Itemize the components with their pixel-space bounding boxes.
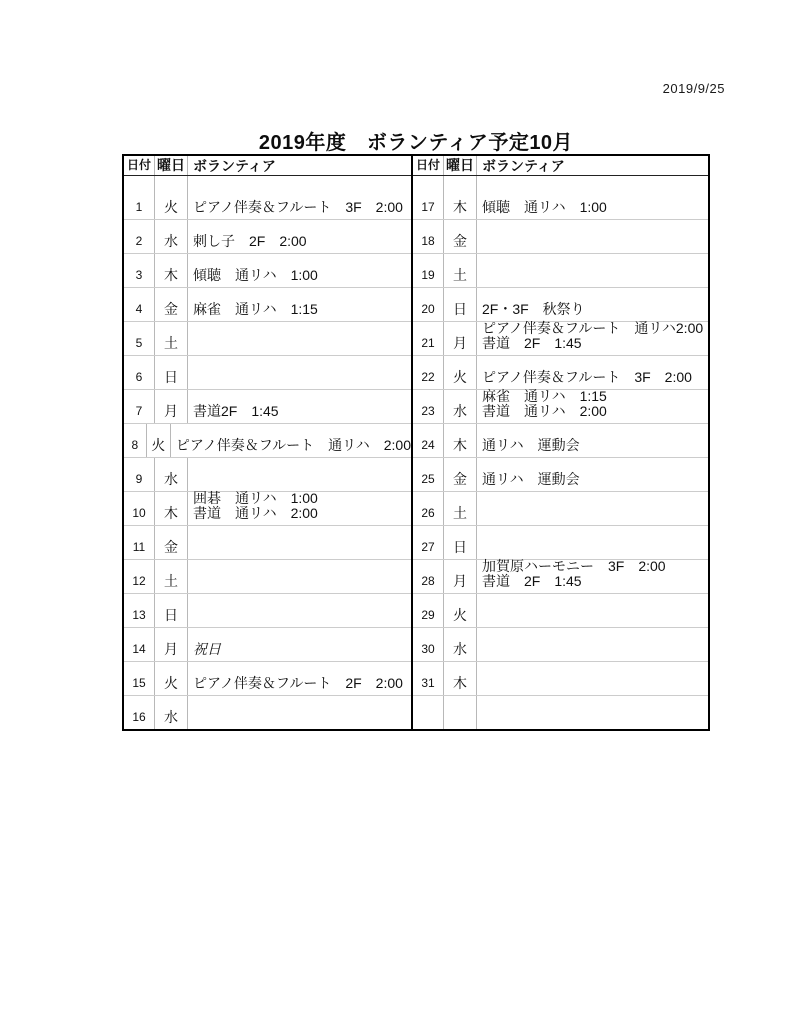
table-row: 4金麻雀 通リハ 1:15 bbox=[124, 287, 411, 321]
activity-cell: ピアノ伴奏＆フルート 通リハ 2:00 bbox=[171, 424, 411, 457]
activity-cell bbox=[188, 322, 411, 355]
activity-line: 書道 通リハ 2:00 bbox=[482, 404, 607, 419]
date-cell: 3 bbox=[124, 254, 155, 287]
table-row: 7月書道2F 1:45 bbox=[124, 389, 411, 423]
date-cell: 25 bbox=[413, 458, 444, 491]
activity-cell bbox=[477, 526, 708, 559]
date-cell: 10 bbox=[124, 492, 155, 525]
date-cell: 24 bbox=[413, 424, 444, 457]
activity-cell bbox=[188, 526, 411, 559]
table-row: 29火 bbox=[413, 593, 708, 627]
table-row: 8火ピアノ伴奏＆フルート 通リハ 2:00 bbox=[124, 423, 411, 457]
day-cell: 木 bbox=[444, 176, 477, 219]
table-row: 27日 bbox=[413, 525, 708, 559]
activity-line: ピアノ伴奏＆フルート 3F 2:00 bbox=[482, 370, 692, 385]
table-header-row: 日付 曜日 ボランティア bbox=[124, 156, 411, 176]
activity-cell: ピアノ伴奏＆フルート 2F 2:00 bbox=[188, 662, 411, 695]
activity-line: 麻雀 通リハ 1:15 bbox=[193, 302, 318, 317]
activity-cell: 麻雀 通リハ 1:15書道 通リハ 2:00 bbox=[477, 390, 708, 423]
activity-line: 書道 通リハ 2:00 bbox=[193, 506, 318, 521]
table-row: 12土 bbox=[124, 559, 411, 593]
activity-line: 傾聴 通リハ 1:00 bbox=[193, 268, 318, 283]
header-date: 日付 bbox=[413, 156, 444, 175]
table-row: 21月ピアノ伴奏＆フルート 通リハ2:00書道 2F 1:45 bbox=[413, 321, 708, 355]
table-row: 1火ピアノ伴奏＆フルート 3F 2:00 bbox=[124, 176, 411, 219]
table-header-row: 日付 曜日 ボランティア bbox=[413, 156, 708, 176]
activity-cell bbox=[477, 696, 708, 729]
activity-cell bbox=[188, 696, 411, 729]
table-row: 28月加賀原ハーモニー 3F 2:00書道 2F 1:45 bbox=[413, 559, 708, 593]
activity-line: ピアノ伴奏＆フルート 通リハ 2:00 bbox=[176, 438, 411, 453]
header-volunteer: ボランティア bbox=[188, 156, 411, 175]
date-cell: 15 bbox=[124, 662, 155, 695]
date-cell: 8 bbox=[124, 424, 147, 457]
table-row: 6日 bbox=[124, 355, 411, 389]
activity-cell: 傾聴 通リハ 1:00 bbox=[188, 254, 411, 287]
activity-line: 祝日 bbox=[193, 642, 221, 657]
table-row: 11金 bbox=[124, 525, 411, 559]
day-cell: 火 bbox=[155, 176, 188, 219]
day-cell: 月 bbox=[444, 322, 477, 355]
header-day: 曜日 bbox=[155, 156, 188, 175]
table-row: 24木通リハ 運動会 bbox=[413, 423, 708, 457]
date-cell: 13 bbox=[124, 594, 155, 627]
day-cell: 水 bbox=[155, 696, 188, 729]
day-cell: 火 bbox=[147, 424, 171, 457]
header-day: 曜日 bbox=[444, 156, 477, 175]
table-rows-right: 17木傾聴 通リハ 1:0018金19土20日2F・3F 秋祭り21月ピアノ伴奏… bbox=[413, 176, 708, 729]
date-cell: 14 bbox=[124, 628, 155, 661]
document-page: 2019/9/25 2019年度 ボランティア予定10月 日付 曜日 ボランティ… bbox=[0, 0, 791, 1024]
activity-cell: 通リハ 運動会 bbox=[477, 458, 708, 491]
table-row: 13日 bbox=[124, 593, 411, 627]
print-date: 2019/9/25 bbox=[663, 81, 725, 96]
day-cell: 日 bbox=[444, 526, 477, 559]
activity-line: ピアノ伴奏＆フルート 3F 2:00 bbox=[193, 200, 403, 215]
day-cell: 木 bbox=[444, 662, 477, 695]
date-cell: 30 bbox=[413, 628, 444, 661]
activity-line: 書道2F 1:45 bbox=[193, 404, 279, 419]
date-cell: 9 bbox=[124, 458, 155, 491]
day-cell: 土 bbox=[444, 492, 477, 525]
activity-cell bbox=[477, 492, 708, 525]
day-cell: 土 bbox=[155, 322, 188, 355]
table-row: 16水 bbox=[124, 695, 411, 729]
date-cell: 2 bbox=[124, 220, 155, 253]
table-left-half: 日付 曜日 ボランティア 1火ピアノ伴奏＆フルート 3F 2:002水刺し子 2… bbox=[124, 156, 413, 729]
day-cell: 火 bbox=[444, 594, 477, 627]
table-row: 18金 bbox=[413, 219, 708, 253]
date-cell: 27 bbox=[413, 526, 444, 559]
date-cell: 28 bbox=[413, 560, 444, 593]
table-row: 30水 bbox=[413, 627, 708, 661]
header-date: 日付 bbox=[124, 156, 155, 175]
table-row: 10木囲碁 通リハ 1:00書道 通リハ 2:00 bbox=[124, 491, 411, 525]
date-cell: 20 bbox=[413, 288, 444, 321]
activity-cell: 傾聴 通リハ 1:00 bbox=[477, 176, 708, 219]
table-row: 17木傾聴 通リハ 1:00 bbox=[413, 176, 708, 219]
table-row: 31木 bbox=[413, 661, 708, 695]
date-cell: 11 bbox=[124, 526, 155, 559]
date-cell: 23 bbox=[413, 390, 444, 423]
activity-line: 通リハ 運動会 bbox=[482, 438, 580, 453]
day-cell: 金 bbox=[444, 458, 477, 491]
date-cell: 1 bbox=[124, 176, 155, 219]
date-cell: 26 bbox=[413, 492, 444, 525]
activity-cell bbox=[188, 560, 411, 593]
date-cell: 18 bbox=[413, 220, 444, 253]
activity-cell bbox=[477, 594, 708, 627]
day-cell: 水 bbox=[444, 390, 477, 423]
activity-line: 書道 2F 1:45 bbox=[482, 574, 582, 589]
activity-cell bbox=[477, 220, 708, 253]
activity-cell: 通リハ 運動会 bbox=[477, 424, 708, 457]
day-cell: 水 bbox=[155, 220, 188, 253]
date-cell: 5 bbox=[124, 322, 155, 355]
table-row: 2水刺し子 2F 2:00 bbox=[124, 219, 411, 253]
activity-cell: 祝日 bbox=[188, 628, 411, 661]
day-cell: 月 bbox=[444, 560, 477, 593]
activity-cell bbox=[477, 628, 708, 661]
activity-cell: 麻雀 通リハ 1:15 bbox=[188, 288, 411, 321]
schedule-table: 日付 曜日 ボランティア 1火ピアノ伴奏＆フルート 3F 2:002水刺し子 2… bbox=[122, 154, 710, 731]
activity-line: 2F・3F 秋祭り bbox=[482, 302, 585, 317]
activity-line: 加賀原ハーモニー 3F 2:00 bbox=[482, 559, 666, 574]
table-row: 26土 bbox=[413, 491, 708, 525]
day-cell: 水 bbox=[444, 628, 477, 661]
date-cell: 31 bbox=[413, 662, 444, 695]
table-row: 15火ピアノ伴奏＆フルート 2F 2:00 bbox=[124, 661, 411, 695]
table-right-half: 日付 曜日 ボランティア 17木傾聴 通リハ 1:0018金19土20日2F・3… bbox=[413, 156, 708, 729]
activity-cell: ピアノ伴奏＆フルート 通リハ2:00書道 2F 1:45 bbox=[477, 322, 708, 355]
activity-cell: 囲碁 通リハ 1:00書道 通リハ 2:00 bbox=[188, 492, 411, 525]
activity-cell: 刺し子 2F 2:00 bbox=[188, 220, 411, 253]
day-cell: 金 bbox=[444, 220, 477, 253]
activity-cell: ピアノ伴奏＆フルート 3F 2:00 bbox=[188, 176, 411, 219]
day-cell: 月 bbox=[155, 628, 188, 661]
activity-cell bbox=[188, 356, 411, 389]
date-cell: 16 bbox=[124, 696, 155, 729]
day-cell: 金 bbox=[155, 526, 188, 559]
day-cell: 木 bbox=[444, 424, 477, 457]
day-cell: 水 bbox=[155, 458, 188, 491]
activity-cell bbox=[188, 458, 411, 491]
page-title: 2019年度 ボランティア予定10月 bbox=[122, 126, 710, 155]
day-cell: 火 bbox=[444, 356, 477, 389]
table-row: 23水麻雀 通リハ 1:15書道 通リハ 2:00 bbox=[413, 389, 708, 423]
date-cell: 22 bbox=[413, 356, 444, 389]
table-row: 5土 bbox=[124, 321, 411, 355]
activity-line: 書道 2F 1:45 bbox=[482, 336, 582, 351]
date-cell: 21 bbox=[413, 322, 444, 355]
table-row: 25金通リハ 運動会 bbox=[413, 457, 708, 491]
activity-cell bbox=[477, 254, 708, 287]
day-cell: 土 bbox=[155, 560, 188, 593]
activity-line: 囲碁 通リハ 1:00 bbox=[193, 491, 318, 506]
day-cell: 日 bbox=[155, 356, 188, 389]
date-cell: 7 bbox=[124, 390, 155, 423]
date-cell: 12 bbox=[124, 560, 155, 593]
day-cell: 木 bbox=[155, 492, 188, 525]
activity-line: 傾聴 通リハ 1:00 bbox=[482, 200, 607, 215]
date-cell: 19 bbox=[413, 254, 444, 287]
date-cell: 6 bbox=[124, 356, 155, 389]
table-row: 19土 bbox=[413, 253, 708, 287]
activity-line: 刺し子 2F 2:00 bbox=[193, 234, 307, 249]
activity-cell bbox=[477, 662, 708, 695]
activity-cell: 書道2F 1:45 bbox=[188, 390, 411, 423]
day-cell: 土 bbox=[444, 254, 477, 287]
table-row: 3木傾聴 通リハ 1:00 bbox=[124, 253, 411, 287]
date-cell: 29 bbox=[413, 594, 444, 627]
activity-cell bbox=[188, 594, 411, 627]
day-cell: 日 bbox=[444, 288, 477, 321]
table-row: 22火ピアノ伴奏＆フルート 3F 2:00 bbox=[413, 355, 708, 389]
activity-cell: 2F・3F 秋祭り bbox=[477, 288, 708, 321]
day-cell: 金 bbox=[155, 288, 188, 321]
day-cell: 火 bbox=[155, 662, 188, 695]
table-rows-left: 1火ピアノ伴奏＆フルート 3F 2:002水刺し子 2F 2:003木傾聴 通リ… bbox=[124, 176, 411, 729]
activity-cell: 加賀原ハーモニー 3F 2:00書道 2F 1:45 bbox=[477, 560, 708, 593]
date-cell bbox=[413, 696, 444, 729]
table-row: 9水 bbox=[124, 457, 411, 491]
activity-line: ピアノ伴奏＆フルート 通リハ2:00 bbox=[482, 321, 703, 336]
date-cell: 4 bbox=[124, 288, 155, 321]
table-row: 20日2F・3F 秋祭り bbox=[413, 287, 708, 321]
activity-line: 麻雀 通リハ 1:15 bbox=[482, 389, 607, 404]
day-cell: 木 bbox=[155, 254, 188, 287]
day-cell bbox=[444, 696, 477, 729]
table-row: 14月祝日 bbox=[124, 627, 411, 661]
day-cell: 日 bbox=[155, 594, 188, 627]
activity-cell: ピアノ伴奏＆フルート 3F 2:00 bbox=[477, 356, 708, 389]
table-row bbox=[413, 695, 708, 729]
day-cell: 月 bbox=[155, 390, 188, 423]
activity-line: 通リハ 運動会 bbox=[482, 472, 580, 487]
header-volunteer: ボランティア bbox=[477, 156, 708, 175]
activity-line: ピアノ伴奏＆フルート 2F 2:00 bbox=[193, 676, 403, 691]
date-cell: 17 bbox=[413, 176, 444, 219]
